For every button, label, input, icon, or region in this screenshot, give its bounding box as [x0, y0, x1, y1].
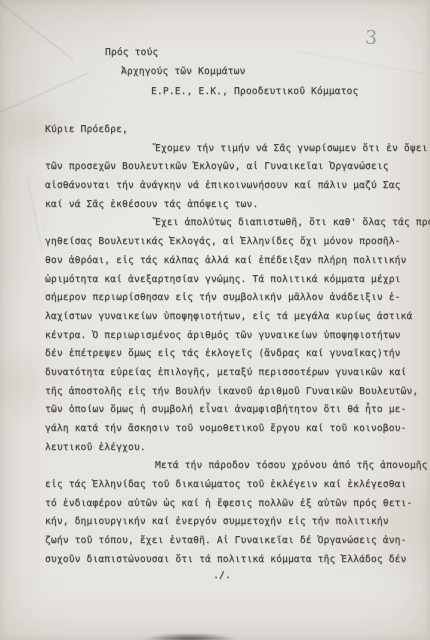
text-line: κέντρα. Ὁ περιωρισμένος ἀριθμός τῶν γυνα…: [45, 327, 405, 346]
text-line: δέν ἐπέτρεψεν ὅμως εἰς τάς ἐκλογεῖς (ἄνδ…: [45, 345, 405, 364]
text-line: λευτικοῦ ἐλέγχου.: [45, 439, 405, 458]
text-line: τῶν ὁποίων ὅμως ἡ συμβολή εἶναι ἀναμφισβ…: [45, 401, 405, 420]
text-line: τῶν προσεχῶν Βουλευτικῶν Ἐκλογῶν, αἱ Γυν…: [45, 158, 405, 177]
letter-paragraph: Ἔχομεν τήν τιμήν νά Σᾶς γνωρίσωμεν ὅτι ἐ…: [45, 140, 405, 215]
text-line: γάλη κατά τήν ἄσκησιν τοῦ νομοθετικοῦ ἔρ…: [45, 420, 405, 439]
text-line: Μετά τήν πάροδον τόσου χρόνου ἀπό τῆς ἀπ…: [45, 457, 405, 476]
text-line: αἰσθάνονται τήν ἀνάγκην νά ἐπικοινωνήσου…: [45, 177, 405, 196]
salutation: Κύριε Πρόεδρε,: [45, 121, 405, 140]
handwritten-page-number: 3: [364, 27, 377, 50]
text-line: συχοῦν διαπιστώνουσαι ὅτι τά πολιτικά κό…: [45, 551, 405, 570]
text-line: τῆς ἀποστολῆς εἰς τήν Βουλήν ἱκανοῦ ἀριθ…: [45, 383, 405, 402]
text-line: θον ἀθρόαι, εἰς τάς κάλπας ἀλλά καί ἐπέδ…: [45, 252, 405, 271]
text-line: δυνατότητα εὐρείας ἐπιλογῆς, μεταξύ περι…: [45, 364, 405, 383]
letter-body: Κύριε Πρόεδρε, Ἔχομεν τήν τιμήν νά Σᾶς γ…: [45, 121, 405, 570]
text-line: ζωήν τοῦ τόπου, ἔχει ἐνταθῆ. Αἱ Γυναικεῖ…: [45, 532, 405, 551]
letter-paragraph: Ἔχει ἀπολύτως διαπιστωθῆ, ὅτι καθ' ὅλας …: [45, 214, 405, 457]
text-line: τό ἐνδιαφέρον αὐτῶν ὡς καί ἡ ἔφεσις πολλ…: [45, 495, 405, 514]
text-line: καί νά Σᾶς ἐκθέσουν τάς ἀπόψεις των.: [45, 196, 405, 215]
text-line: εἰς τάς Ἑλληνίδας τοῦ δικαιώματος τοῦ ἐκ…: [45, 476, 405, 495]
scanned-letter-page: 3 Πρός τούς Ἀρχηγούς τῶν Κομμάτων Ε.Ρ.Ε.…: [0, 0, 430, 640]
ink-smudge: [140, 633, 240, 640]
text-line: ὡριμότητα καί ἀνεξαρτησίαν γνώμης. Τά πο…: [45, 271, 405, 290]
recipient-line-to: Πρός τούς: [105, 47, 158, 58]
text-line: σήμερον περιωρίσθησαν εἰς τήν συμβολικήν…: [45, 289, 405, 308]
text-line: κήν, δημιουργικήν καί ἐνεργόν συμμετοχήν…: [45, 513, 405, 532]
continuation-mark: ./.: [202, 570, 242, 581]
text-line: Ἔχει ἀπολύτως διαπιστωθῆ, ὅτι καθ' ὅλας …: [45, 214, 405, 233]
letter-paragraph: Μετά τήν πάροδον τόσου χρόνου ἀπό τῆς ἀπ…: [45, 457, 405, 569]
recipient-line-parties: Ε.Ρ.Ε., Ε.Κ., Προοδευτικοῦ Κόμματος: [151, 86, 358, 97]
text-line: Ἔχομεν τήν τιμήν νά Σᾶς γνωρίσωμεν ὅτι ἐ…: [45, 140, 405, 159]
text-line: λαχίστων γυναικείων ὑποψηφιοτήτων, εἰς τ…: [45, 308, 405, 327]
recipient-line-addressees: Ἀρχηγούς τῶν Κομμάτων: [121, 66, 245, 77]
text-line: γηθείσας Βουλευτικάς Ἐκλογάς, αἱ Ἑλληνίδ…: [45, 233, 405, 252]
